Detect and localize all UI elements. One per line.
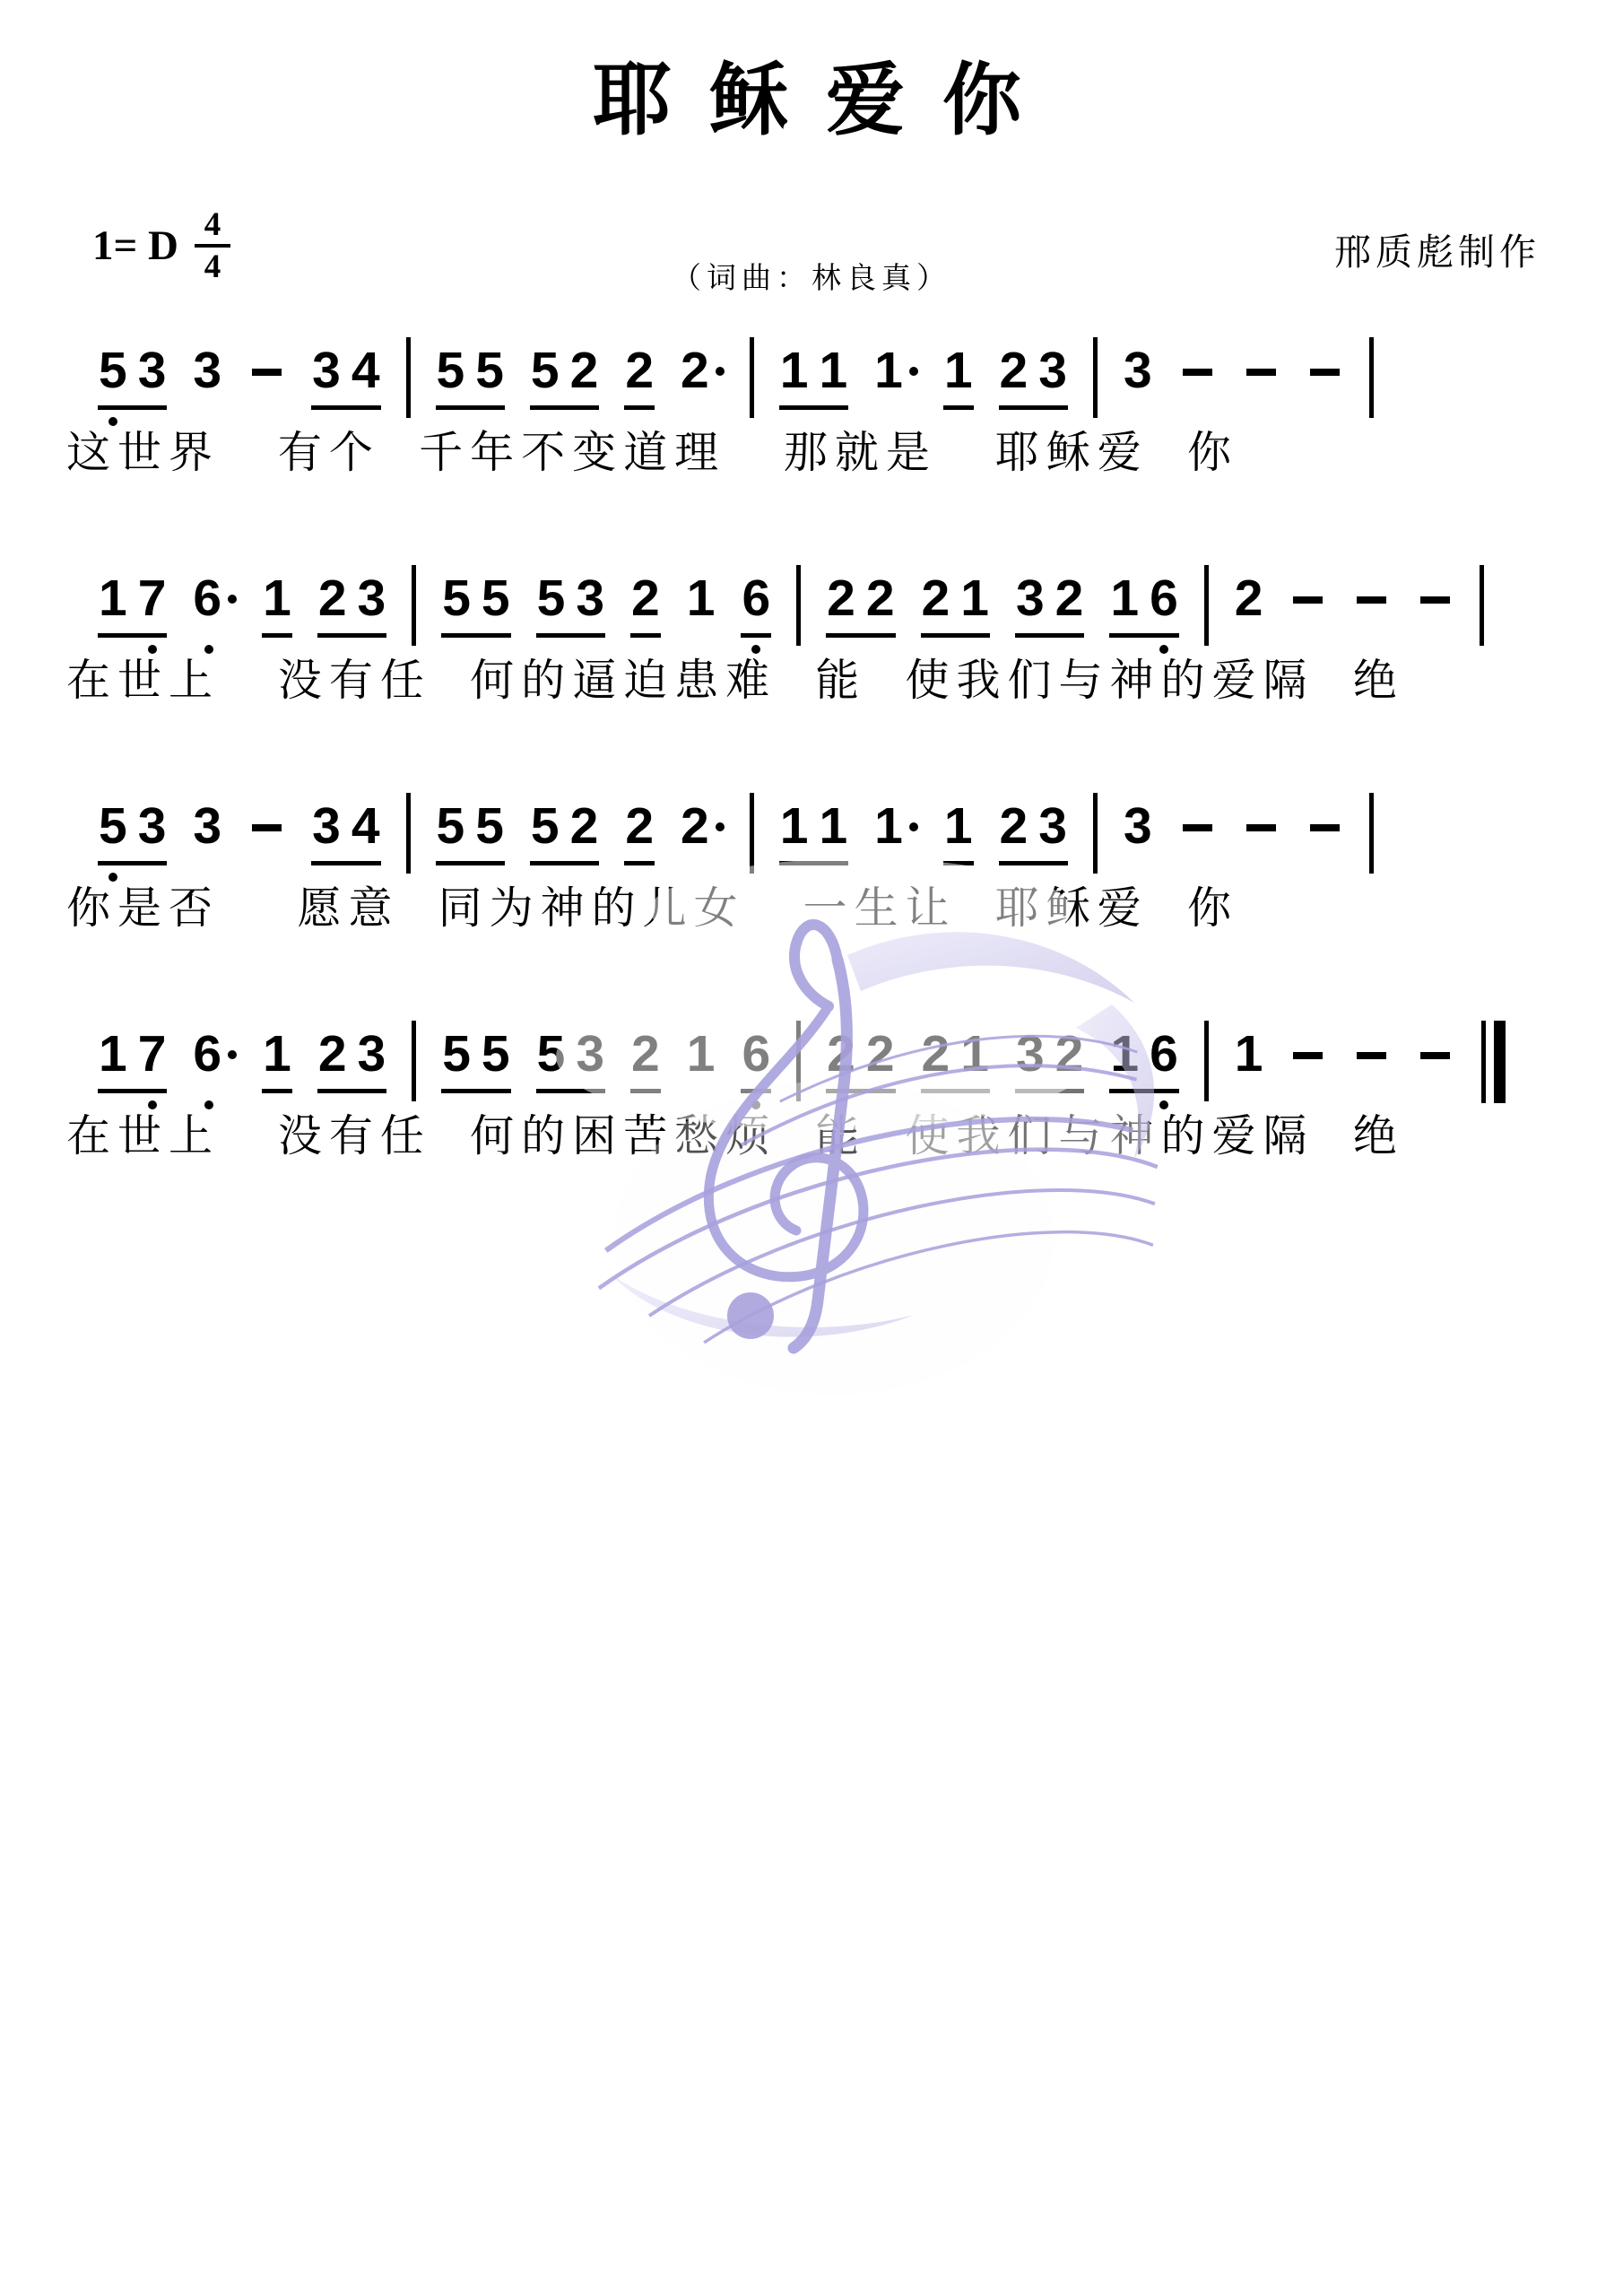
beat-group: 2 [620, 343, 659, 398]
beat-group: 52 [525, 798, 603, 854]
note: 3 [307, 798, 346, 854]
beat-group: 1 [939, 343, 978, 398]
note: 1 [93, 570, 133, 626]
note-number: 2 [866, 570, 895, 627]
duration-dash [252, 824, 282, 831]
duration-dash [1310, 369, 1340, 376]
note-number: 1 [960, 1025, 989, 1083]
staff-swirl-line [638, 1166, 1159, 1316]
beat-group: 52 [525, 343, 603, 398]
beat-group: 17 [93, 1026, 171, 1082]
barline [1204, 565, 1209, 646]
note: 3 [1033, 343, 1072, 398]
note-number: 3 [1038, 797, 1067, 855]
beat-group: 16 [1105, 570, 1183, 626]
note: 5 [476, 570, 516, 626]
note: 2 [313, 1026, 352, 1082]
note-number: 3 [193, 797, 221, 855]
note-number: 3 [358, 570, 386, 627]
low-octave-dot [751, 1100, 760, 1109]
beat-group: 11 [775, 343, 853, 398]
barline [1369, 793, 1374, 874]
beat-group: 2 [620, 798, 659, 854]
watermark-ribbon [610, 1274, 915, 1337]
treble-clef-curl [794, 925, 838, 1006]
note: 2 [916, 1026, 956, 1082]
low-octave-dot [108, 873, 117, 882]
note-number: 5 [537, 570, 566, 627]
note: 1 [955, 570, 994, 626]
beat-group: 23 [994, 343, 1072, 398]
note: 2 [821, 1026, 861, 1082]
note: 1 [939, 798, 978, 854]
maker-credit: 邢质彪制作 [1334, 222, 1541, 275]
note: 1 [681, 570, 721, 626]
low-octave-dot [204, 645, 213, 654]
beat-group: 53 [532, 1026, 610, 1082]
note: 3 [570, 570, 610, 626]
note: 6 [736, 570, 776, 626]
beat-group: 1 [939, 798, 978, 854]
final-barline [1481, 1021, 1506, 1103]
beat-group: 3 [1118, 798, 1158, 854]
note-number: 6 [193, 570, 221, 627]
beat-group: 1 [1229, 1026, 1269, 1082]
final-barline-thick [1494, 1021, 1506, 1103]
note-number: 1 [1110, 1025, 1139, 1083]
barline [412, 1021, 416, 1101]
note-number: 1 [780, 342, 809, 399]
note: 3 [352, 1026, 392, 1082]
note-number: 5 [475, 797, 504, 855]
duration-dash [1293, 1052, 1323, 1059]
note-number: 5 [537, 1025, 566, 1083]
lyrics-row-1: 这世界 有个 千年不变道理 那就是 耶稣爱 你 [66, 427, 1238, 479]
beat-group: 23 [313, 570, 391, 626]
note-number: 2 [1235, 570, 1263, 627]
note-number: 2 [922, 570, 950, 627]
beat-group: 16 [1105, 1026, 1183, 1082]
fraction-line [195, 244, 230, 248]
note-number: 2 [681, 342, 709, 399]
note: 3 [133, 343, 172, 398]
note: 5 [532, 1026, 571, 1082]
note: 5 [470, 798, 509, 854]
note: 5 [93, 343, 133, 398]
note-number: 1 [1110, 570, 1139, 627]
low-octave-dot [148, 1100, 157, 1109]
note-number: 1 [687, 1025, 716, 1083]
note: 6 [187, 1026, 241, 1082]
note: 3 [187, 343, 227, 398]
note-number: 1 [1235, 1025, 1263, 1083]
notes-row-1: 533345552221111233 [85, 343, 1386, 432]
notes-row-4: 1761235553216222132161 [85, 1026, 1513, 1116]
duration-dash [1246, 824, 1276, 831]
beat-group: 53 [93, 343, 171, 398]
note: 3 [1033, 798, 1072, 854]
note: 1 [93, 1026, 133, 1082]
note-number: 5 [531, 797, 560, 855]
note: 1 [955, 1026, 994, 1082]
note: 5 [431, 343, 471, 398]
note: 6 [1144, 1026, 1184, 1082]
barline [412, 565, 416, 646]
beat-group: 55 [437, 1026, 515, 1082]
note: 5 [532, 570, 571, 626]
note: 2 [861, 1026, 900, 1082]
note: 2 [626, 1026, 665, 1082]
note: 2 [861, 570, 900, 626]
note: 2 [675, 798, 729, 854]
beat-group: 53 [532, 570, 610, 626]
beat-group: 11 [775, 798, 853, 854]
note: 2 [916, 570, 956, 626]
low-octave-dot [1159, 1100, 1168, 1109]
note: 4 [346, 343, 386, 398]
note-number: 1 [944, 797, 973, 855]
staff-swirl-line [695, 1210, 1157, 1343]
watermark-ribbon [847, 932, 1134, 1003]
beat-group: 22 [821, 1026, 899, 1082]
notes-row-3: 533345552221111233 [85, 798, 1386, 888]
duration-dash [1183, 369, 1212, 376]
augmentation-dot [228, 1050, 237, 1059]
beat-group: 34 [307, 798, 385, 854]
note-number: 2 [625, 342, 654, 399]
note: 3 [307, 343, 346, 398]
note-number: 2 [1055, 570, 1084, 627]
barline [1480, 565, 1484, 646]
note-number: 2 [1000, 797, 1028, 855]
note: 5 [470, 343, 509, 398]
note-number: 3 [193, 342, 221, 399]
note: 5 [431, 798, 471, 854]
beat-group: 21 [916, 570, 994, 626]
note-number: 3 [1016, 570, 1045, 627]
note: 1 [813, 343, 853, 398]
note: 1 [813, 798, 853, 854]
note-number: 1 [819, 342, 847, 399]
note-number: 5 [475, 342, 504, 399]
barline [796, 1021, 801, 1101]
note-number: 2 [631, 1025, 660, 1083]
beat-group: 2 [626, 1026, 665, 1082]
note-number: 5 [99, 342, 127, 399]
note: 3 [570, 1026, 610, 1082]
note-number: 2 [866, 1025, 895, 1083]
note-number: 5 [442, 570, 471, 627]
note-number: 3 [576, 570, 604, 627]
note: 6 [187, 570, 241, 626]
augmentation-dot [909, 367, 918, 376]
note-number: 7 [138, 1025, 167, 1083]
note-number: 2 [631, 570, 660, 627]
note-number: 2 [922, 1025, 950, 1083]
note: 5 [525, 798, 565, 854]
note-number: 5 [437, 342, 465, 399]
note: 1 [1105, 570, 1144, 626]
duration-dash [1246, 369, 1276, 376]
note: 2 [994, 343, 1034, 398]
note-number: 3 [358, 1025, 386, 1083]
note-number: 4 [352, 342, 380, 399]
note: 1 [257, 570, 297, 626]
beat-group: 22 [821, 570, 899, 626]
note-number: 5 [437, 797, 465, 855]
beat-group: 34 [307, 343, 385, 398]
note: 5 [476, 1026, 516, 1082]
beat-group: 23 [313, 1026, 391, 1082]
note-number: 1 [99, 570, 127, 627]
note: 3 [1118, 343, 1158, 398]
note-number: 1 [263, 570, 291, 627]
beat-group: 1 [257, 570, 297, 626]
time-numerator: 4 [204, 208, 221, 241]
note-number: 1 [819, 797, 847, 855]
note-number: 2 [1000, 342, 1028, 399]
sheet-music-page: 耶 稣 爱 你 1= D 4 4 （词曲：林良真） 邢质彪制作 53334555… [0, 0, 1623, 2296]
note: 2 [1050, 570, 1089, 626]
barline [1093, 793, 1098, 874]
note-number: 2 [681, 797, 709, 855]
barline [1093, 337, 1098, 418]
augmentation-dot [716, 367, 725, 376]
song-title: 耶 稣 爱 你 [0, 38, 1623, 151]
beat-group: 21 [916, 1026, 994, 1082]
note-number: 1 [944, 342, 973, 399]
note: 3 [187, 798, 227, 854]
augmentation-dot [228, 595, 237, 604]
note: 2 [565, 798, 604, 854]
note-number: 2 [570, 342, 599, 399]
beat-group: 23 [994, 798, 1072, 854]
note-number: 3 [1124, 797, 1152, 855]
note-number: 2 [827, 570, 855, 627]
duration-dash [1310, 824, 1340, 831]
note-number: 1 [960, 570, 989, 627]
note-number: 3 [312, 342, 341, 399]
duration-dash [252, 369, 282, 376]
note: 7 [133, 570, 172, 626]
note-number: 3 [1124, 342, 1152, 399]
duration-dash [1293, 596, 1323, 604]
note: 1 [869, 343, 923, 398]
note-number: 2 [318, 570, 347, 627]
note: 1 [939, 343, 978, 398]
low-octave-dot [751, 645, 760, 654]
barline [406, 337, 411, 418]
note: 2 [313, 570, 352, 626]
beat-group: 17 [93, 570, 171, 626]
low-octave-dot [1159, 645, 1168, 654]
note-number: 2 [827, 1025, 855, 1083]
beat-group: 32 [1011, 570, 1089, 626]
note: 2 [626, 570, 665, 626]
note: 2 [994, 798, 1034, 854]
note: 5 [525, 343, 565, 398]
beat-group: 55 [437, 570, 515, 626]
low-octave-dot [204, 1100, 213, 1109]
note: 1 [869, 798, 923, 854]
note-number: 6 [1150, 1025, 1178, 1083]
barline [406, 793, 411, 874]
note-number: 1 [263, 1025, 291, 1083]
treble-clef-ball [727, 1292, 774, 1339]
beat-group: 1 [681, 1026, 721, 1082]
low-octave-dot [148, 645, 157, 654]
low-octave-dot [108, 417, 117, 426]
note: 2 [620, 343, 659, 398]
augmentation-dot [716, 822, 725, 831]
note-number: 2 [625, 797, 654, 855]
note-number: 5 [99, 797, 127, 855]
lyrics-row-2: 在世上 没有任 何的逼迫患难 能 使我们与神的爱隔 绝 [66, 655, 1404, 707]
duration-dash [1183, 824, 1212, 831]
note: 2 [1050, 1026, 1089, 1082]
beat-group: 1 [869, 798, 923, 854]
note: 3 [1118, 798, 1158, 854]
beat-group: 3 [187, 343, 227, 398]
note-number: 2 [318, 1025, 347, 1083]
augmentation-dot [909, 822, 918, 831]
beat-group: 6 [736, 570, 776, 626]
note-number: 6 [1150, 570, 1178, 627]
note: 3 [1011, 570, 1050, 626]
note: 1 [257, 1026, 297, 1082]
note: 5 [93, 798, 133, 854]
note: 1 [1105, 1026, 1144, 1082]
duration-dash [1420, 596, 1450, 604]
note-number: 1 [874, 342, 903, 399]
note-number: 7 [138, 570, 167, 627]
beat-group: 55 [431, 798, 509, 854]
note-number: 5 [482, 1025, 510, 1083]
note: 3 [1011, 1026, 1050, 1082]
note: 1 [1229, 1026, 1269, 1082]
note-number: 1 [874, 797, 903, 855]
barline [750, 793, 754, 874]
beat-group: 55 [431, 343, 509, 398]
note: 2 [675, 343, 729, 398]
note: 2 [565, 343, 604, 398]
note-number: 6 [742, 1025, 770, 1083]
note-number: 1 [99, 1025, 127, 1083]
beat-group: 32 [1011, 1026, 1089, 1082]
note-number: 6 [193, 1025, 221, 1083]
duration-dash [1357, 596, 1386, 604]
note: 1 [775, 798, 814, 854]
beat-group: 1 [869, 343, 923, 398]
lyrics-row-4: 在世上 没有任 何的困苦愁烦 能 使我们与神的爱隔 绝 [66, 1110, 1404, 1162]
beat-group: 2 [626, 570, 665, 626]
note: 4 [346, 798, 386, 854]
beat-group: 3 [187, 798, 227, 854]
duration-dash [1357, 1052, 1386, 1059]
final-barline-thin [1481, 1021, 1486, 1103]
note-number: 5 [482, 570, 510, 627]
note-number: 3 [138, 797, 167, 855]
note: 7 [133, 1026, 172, 1082]
beat-group: 2 [1229, 570, 1269, 626]
beat-group: 6 [187, 570, 241, 626]
beat-group: 53 [93, 798, 171, 854]
note-number: 3 [576, 1025, 604, 1083]
beat-group: 3 [1118, 343, 1158, 398]
note-number: 2 [570, 797, 599, 855]
note: 1 [681, 1026, 721, 1082]
beat-group: 2 [675, 343, 729, 398]
barline [1204, 1021, 1209, 1101]
note-number: 5 [531, 342, 560, 399]
note-number: 3 [1038, 342, 1067, 399]
note: 1 [775, 343, 814, 398]
lyrics-row-3: 你是否 愿意 同为神的儿女 一生让 耶稣爱 你 [66, 883, 1238, 935]
barline [1369, 337, 1374, 418]
note-number: 3 [1016, 1025, 1045, 1083]
note: 5 [437, 1026, 476, 1082]
barline [796, 565, 801, 646]
duration-dash [1420, 1052, 1450, 1059]
note: 6 [736, 1026, 776, 1082]
note-number: 1 [687, 570, 716, 627]
note-number: 2 [1055, 1025, 1084, 1083]
beat-group: 6 [736, 1026, 776, 1082]
note: 5 [437, 570, 476, 626]
beat-group: 2 [675, 798, 729, 854]
note-number: 3 [138, 342, 167, 399]
beat-group: 1 [257, 1026, 297, 1082]
beat-group: 6 [187, 1026, 241, 1082]
note-number: 4 [352, 797, 380, 855]
note: 3 [133, 798, 172, 854]
note: 2 [821, 570, 861, 626]
barline [750, 337, 754, 418]
note-number: 3 [312, 797, 341, 855]
note: 6 [1144, 570, 1184, 626]
note-number: 5 [442, 1025, 471, 1083]
notes-row-2: 1761235553216222132162 [85, 570, 1497, 660]
note: 2 [620, 798, 659, 854]
beat-group: 1 [681, 570, 721, 626]
note: 3 [352, 570, 392, 626]
note-number: 6 [742, 570, 770, 627]
note: 2 [1229, 570, 1269, 626]
note-number: 1 [780, 797, 809, 855]
